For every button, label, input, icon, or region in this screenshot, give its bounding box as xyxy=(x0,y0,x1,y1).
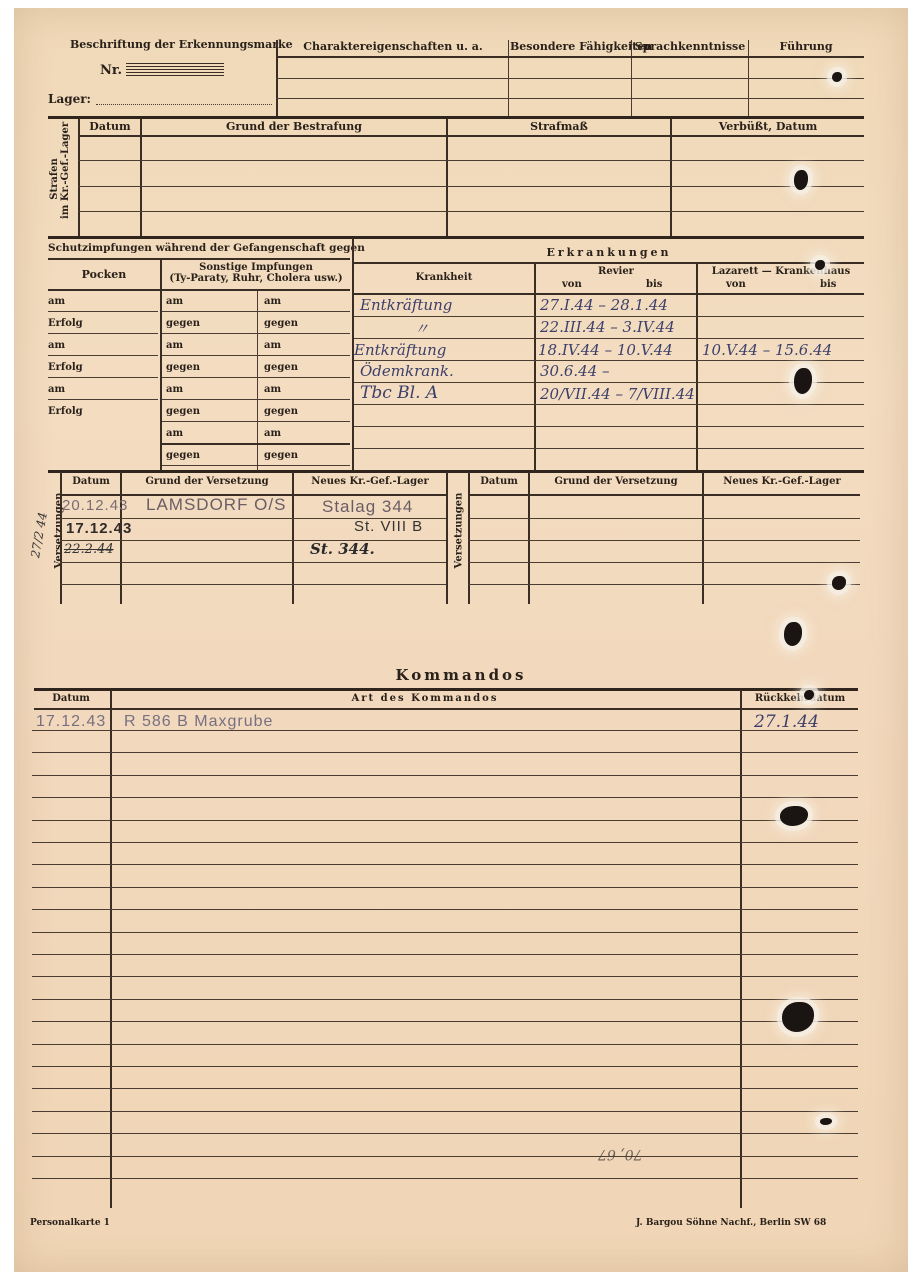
sonstige-row: gegen xyxy=(264,450,298,461)
sonstige-row: gegen xyxy=(166,318,200,329)
rule xyxy=(162,421,350,422)
rule xyxy=(32,909,858,910)
versetzungen-right-side-label: Versetzungen xyxy=(454,499,465,569)
rule xyxy=(468,584,860,585)
rule xyxy=(32,887,858,888)
rule xyxy=(354,448,864,449)
erkennungsmarke-label: Beschriftung der Erkennungsmarke xyxy=(70,38,293,51)
vers-col-datum: Datum xyxy=(62,476,120,487)
rule xyxy=(34,708,858,710)
strafen-col-grund: Grund der Bestrafung xyxy=(142,120,446,133)
vers-datum-entry: 22.2.44 xyxy=(64,542,114,557)
kommandos-title: Kommandos xyxy=(14,666,908,684)
krankheit-entry: Entkräftung xyxy=(354,341,446,359)
rule xyxy=(32,1133,858,1134)
revier-entry: 20/VII.44 – 7/VIII.44 xyxy=(540,385,695,403)
rule xyxy=(354,316,864,317)
nr-redaction-lines xyxy=(126,63,224,77)
col-sprachen: Sprachkenntnisse xyxy=(633,40,747,53)
rule xyxy=(468,494,860,496)
revier-entry: 18.IV.44 – 10.V.44 xyxy=(538,341,673,359)
rule xyxy=(162,333,350,334)
rule xyxy=(354,338,864,339)
rule xyxy=(48,236,864,239)
rule xyxy=(354,404,864,405)
rule xyxy=(48,355,158,356)
lazarett-bis: bis xyxy=(820,279,836,290)
rule xyxy=(32,730,858,731)
krankheit-entry: 〃 xyxy=(414,318,429,339)
impfungen-title: Schutzimpfungen während der Gefangenscha… xyxy=(48,242,350,254)
revier-entry: 22.III.44 – 3.IV.44 xyxy=(540,318,675,336)
rule xyxy=(32,752,858,753)
vers-lager-entry: St. VIII B xyxy=(354,518,423,535)
vers2-col-datum: Datum xyxy=(470,476,528,487)
rule xyxy=(162,355,350,356)
vers-lager-entry: St. 344. xyxy=(310,540,375,558)
revier-bis: bis xyxy=(646,279,662,290)
sonstige-row: am xyxy=(264,296,281,307)
sonstige-row: gegen xyxy=(264,406,298,417)
rule xyxy=(354,293,864,295)
krankheit-entry: Ödemkrank. xyxy=(360,362,454,380)
sonstige-line1: Sonstige Impfungen xyxy=(199,262,313,273)
rule xyxy=(48,377,158,378)
nr-label: Nr. xyxy=(100,63,122,78)
form-number: Personalkarte 1 xyxy=(30,1218,110,1228)
pocken-row: am xyxy=(48,340,65,351)
sonstige-row: gegen xyxy=(264,318,298,329)
pocken-row: am xyxy=(48,384,65,395)
rule xyxy=(354,426,864,427)
rule xyxy=(48,116,864,119)
sonstige-row: gegen xyxy=(166,406,200,417)
pocken-label: Pocken xyxy=(48,268,160,281)
kommandos-col-art: Art des Kommandos xyxy=(110,693,740,704)
rule xyxy=(276,56,864,58)
krankheit-label: Krankheit xyxy=(354,272,534,283)
rule xyxy=(32,1156,858,1157)
sonstige-row: am xyxy=(166,428,183,439)
lazarett-entry: 10.V.44 – 15.6.44 xyxy=(702,341,832,359)
divider xyxy=(446,472,448,604)
revier-entry: 27.I.44 – 28.1.44 xyxy=(540,296,668,314)
kommandos-col-rueckkehr: Rückkehrdatum xyxy=(742,693,858,704)
rule xyxy=(354,262,864,264)
sonstige-row: am xyxy=(166,384,183,395)
rule xyxy=(32,1178,858,1179)
sonstige-row: am xyxy=(264,384,281,395)
rule xyxy=(468,540,860,541)
sonstige-row: am xyxy=(264,340,281,351)
faint-note: 70, 67 xyxy=(598,1146,643,1162)
col-fuehrung: Führung xyxy=(750,40,862,53)
rule xyxy=(162,443,350,445)
sonstige-row: am xyxy=(264,428,281,439)
rule xyxy=(60,562,446,563)
vers-grund-entry: LAMSDORF O/S xyxy=(146,495,286,515)
kommando-datum-entry: 17.12.43 xyxy=(36,713,106,731)
hole-damage xyxy=(782,1002,814,1032)
rule xyxy=(32,1021,858,1022)
lazarett-von: von xyxy=(726,279,746,290)
pocken-row: Erfolg xyxy=(48,318,83,329)
rule xyxy=(48,333,158,334)
hole-damage xyxy=(794,170,808,190)
rule xyxy=(78,211,864,212)
hole-damage xyxy=(832,576,846,590)
rule xyxy=(32,864,858,865)
kommando-rueckkehr-entry: 27.1.44 xyxy=(754,712,819,732)
vers-datum-entry: 17.12.43 xyxy=(66,520,132,537)
rule xyxy=(32,976,858,977)
rule xyxy=(32,954,858,955)
erkrankungen-title: Erkrankungen xyxy=(354,246,864,259)
rule xyxy=(48,311,158,312)
rule xyxy=(468,518,860,519)
vers-lager-entry: Stalag 344 xyxy=(322,497,413,517)
lazarett-label: Lazarett — Krankenhaus xyxy=(698,266,864,277)
rule xyxy=(48,289,350,291)
rule xyxy=(162,311,350,312)
hole-damage xyxy=(832,72,842,82)
rule xyxy=(276,78,864,79)
revier-von: von xyxy=(562,279,582,290)
rule xyxy=(32,775,858,776)
vers2-col-grund: Grund der Versetzung xyxy=(530,476,702,487)
rule xyxy=(32,999,858,1000)
sonstige-row: am xyxy=(166,296,183,307)
vers-datum-entry: 20.12.43 xyxy=(62,497,128,514)
hole-damage xyxy=(820,1118,832,1125)
rule xyxy=(48,470,864,473)
rule xyxy=(276,98,864,99)
side-label-line1: Strafen xyxy=(49,158,60,200)
hole-damage xyxy=(780,806,808,826)
strafen-col-verbuesst: Verbüßt, Datum xyxy=(672,120,864,133)
rule xyxy=(78,186,864,187)
hole-damage xyxy=(794,368,812,394)
vers2-col-lager: Neues Kr.-Gef.-Lager xyxy=(704,476,860,487)
kommandos-col-datum: Datum xyxy=(34,693,108,704)
rule xyxy=(34,688,858,691)
rule xyxy=(32,820,858,821)
rule xyxy=(48,399,158,400)
krankheit-entry: Entkräftung xyxy=(360,296,452,314)
rule xyxy=(32,797,858,798)
rule xyxy=(162,465,350,466)
printer-imprint: J. Bargou Söhne Nachf., Berlin SW 68 xyxy=(636,1218,826,1228)
rule xyxy=(354,360,864,361)
rule xyxy=(32,1088,858,1089)
vers-col-grund: Grund der Versetzung xyxy=(122,476,292,487)
divider xyxy=(110,690,112,1208)
personalkarte-card: Beschriftung der Erkennungsmarke Nr. Lag… xyxy=(14,8,908,1272)
rule xyxy=(162,399,350,400)
rule xyxy=(32,1111,858,1112)
hole-damage xyxy=(784,622,802,646)
rule xyxy=(60,540,446,541)
sonstige-line2: (Ty-Paraty, Ruhr, Cholera usw.) xyxy=(169,273,342,284)
strafen-col-strafmass: Strafmaß xyxy=(448,120,670,133)
strafen-col-datum: Datum xyxy=(80,120,140,133)
revier-entry: 30.6.44 – xyxy=(540,362,610,380)
rule xyxy=(60,584,446,585)
sonstige-row: gegen xyxy=(166,362,200,373)
strafen-side-label: Strafen im Kr.-Gef.-Lager xyxy=(49,139,71,219)
sonstige-label: Sonstige Impfungen (Ty-Paraty, Ruhr, Cho… xyxy=(162,262,350,284)
rule xyxy=(32,1066,858,1067)
rule xyxy=(78,160,864,161)
versetzungen-margin-note: 27/2 44 xyxy=(28,511,50,559)
sonstige-row: am xyxy=(166,340,183,351)
divider xyxy=(740,690,742,1208)
pocken-row: Erfolg xyxy=(48,362,83,373)
sonstige-row: gegen xyxy=(166,450,200,461)
rule xyxy=(32,932,858,933)
sonstige-row: gegen xyxy=(264,362,298,373)
lager-field xyxy=(96,104,272,105)
rule xyxy=(32,1044,858,1045)
pocken-row: am xyxy=(48,296,65,307)
rule xyxy=(32,842,858,843)
col-faehigkeiten: Besondere Fähigkeiten xyxy=(510,40,630,53)
vers-col-lager: Neues Kr.-Gef.-Lager xyxy=(294,476,446,487)
pocken-row: Erfolg xyxy=(48,406,83,417)
rule xyxy=(78,135,864,137)
kommando-art-entry: R 586 B Maxgrube xyxy=(124,713,273,731)
rule xyxy=(48,258,350,260)
lager-label: Lager: xyxy=(48,92,91,106)
rule xyxy=(468,562,860,563)
rule xyxy=(162,377,350,378)
revier-label: Revier xyxy=(536,266,696,277)
side-label-line2: im Kr.-Gef.-Lager xyxy=(60,122,71,219)
krankheit-entry: Tbc Bl. A xyxy=(360,383,438,403)
col-charakter: Charaktereigenschaften u. a. xyxy=(280,40,506,53)
